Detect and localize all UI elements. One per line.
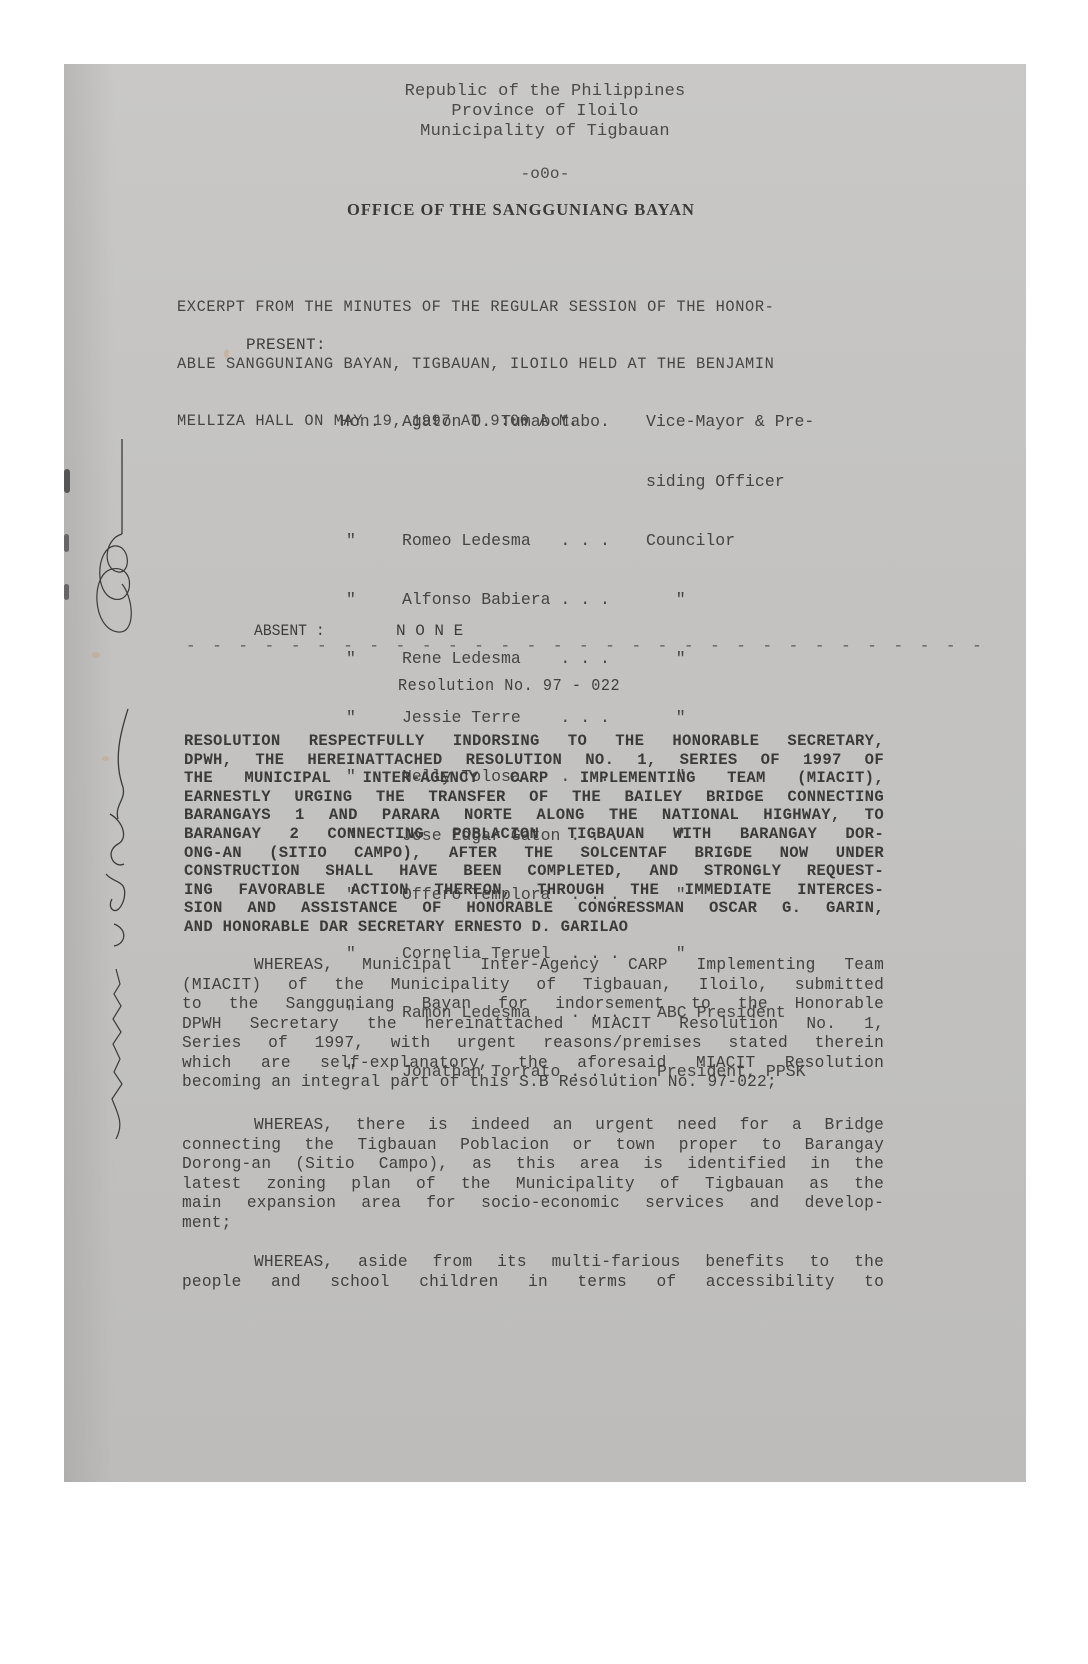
paragraph-line: becoming an integral part of this S.B Re… — [182, 1073, 884, 1093]
binding-hole — [64, 469, 70, 493]
roster-row: Hon. Agaton O. Tumabotabo. Vice-Mayor & … — [340, 412, 814, 432]
header-republic: Republic of the Philippines — [64, 82, 1026, 101]
member-role: " — [646, 708, 686, 728]
title-line: ONG-AN (SITIO CAMPO), AFTER THE SOLCENTA… — [184, 844, 884, 863]
paragraph-line: ment; — [182, 1214, 884, 1234]
roster-row: " Jessie Terre . . . " — [340, 708, 814, 728]
document-page: Republic of the Philippines Province of … — [64, 64, 1026, 1482]
member-role: " — [646, 590, 686, 610]
binding-hole — [64, 534, 69, 552]
roster-row: siding Officer — [340, 472, 814, 492]
paragraph-line: main expansion area for socio-economic s… — [182, 1194, 884, 1214]
ditto-mark: " — [340, 590, 402, 610]
title-line: EARNESTLY URGING THE TRANSFER OF THE BAI… — [184, 788, 884, 807]
member-name: Alfonso Babiera . . . — [402, 590, 646, 610]
office-title: OFFICE OF THE SANGGUNIANG BAYAN — [347, 200, 695, 220]
whereas-paragraph-1: WHEREAS, Municipal Inter-Agency CARP Imp… — [182, 956, 884, 1093]
paragraph-line: DPWH Secretary the hereinattached MIACIT… — [182, 1015, 884, 1035]
roster-row: " Alfonso Babiera . . . " — [340, 590, 814, 610]
ditto-mark: " — [340, 708, 402, 728]
header-province: Province of Iloilo — [64, 102, 1026, 121]
excerpt-line: EXCERPT FROM THE MINUTES OF THE REGULAR … — [177, 298, 774, 317]
binding-hole — [64, 584, 69, 600]
paragraph-line: people and school children in terms of a… — [182, 1273, 884, 1293]
member-prefix: Hon. — [340, 412, 402, 432]
title-line: SION AND ASSISTANCE OF HONORABLE CONGRES… — [184, 899, 884, 918]
member-role: Councilor — [646, 531, 735, 551]
paragraph-line: WHEREAS, there is indeed an urgent need … — [182, 1116, 884, 1136]
title-line: RESOLUTION RESPECTFULLY INDORSING TO THE… — [184, 732, 884, 751]
paragraph-line: Series of 1997, with urgent reasons/prem… — [182, 1034, 884, 1054]
paragraph-line: WHEREAS, aside from its multi-farious be… — [182, 1253, 884, 1273]
paragraph-line: connecting the Tigbauan Poblacion or tow… — [182, 1136, 884, 1156]
paper-stain — [92, 652, 100, 658]
paragraph-line: WHEREAS, Municipal Inter-Agency CARP Imp… — [182, 956, 884, 976]
paragraph-line: which are self-explanatory, the aforesai… — [182, 1054, 884, 1074]
member-role: Vice-Mayor & Pre- — [646, 412, 814, 432]
header-municipality: Municipality of Tigbauan — [64, 122, 1026, 141]
paragraph-line: to the Sangguniang Bayan for indorsement… — [182, 995, 884, 1015]
title-line: ING FAVORABLE ACTION THEREON, THROUGH TH… — [184, 881, 884, 900]
resolution-number: Resolution No. 97 - 022 — [398, 676, 620, 695]
member-name: Agaton O. Tumabotabo. — [402, 412, 646, 432]
title-line: AND HONORABLE DAR SECRETARY ERNESTO D. G… — [184, 918, 884, 937]
ditto-mark: " — [340, 531, 402, 551]
title-line: THE MUNICIPAL INTER-AGENCY CARP IMPLEMEN… — [184, 769, 884, 788]
paper-stain — [224, 349, 229, 359]
paragraph-line: Dorong-an (Sitio Campo), as this area is… — [182, 1155, 884, 1175]
handwritten-signature-icon — [94, 964, 144, 1144]
member-name: Jessie Terre . . . — [402, 708, 646, 728]
paper-stain — [102, 756, 109, 761]
agapito-signature-icon — [84, 704, 144, 954]
paragraph-line: (MIACIT) of the Municipality of Tigbauan… — [182, 976, 884, 996]
member-role-continued: siding Officer — [646, 472, 785, 492]
whereas-paragraph-2: WHEREAS, there is indeed an urgent need … — [182, 1116, 884, 1233]
resolution-title: RESOLUTION RESPECTFULLY INDORSING TO THE… — [184, 732, 884, 937]
section-divider: - - - - - - - - - - - - - - - - - - - - … — [186, 637, 985, 655]
present-label: PRESENT: — [246, 336, 326, 354]
whereas-paragraph-3: WHEREAS, aside from its multi-farious be… — [182, 1253, 884, 1292]
roster-row: " Romeo Ledesma . . . Councilor — [340, 531, 814, 551]
title-line: DPWH, THE HEREINATTACHED RESOLUTION NO. … — [184, 751, 884, 770]
title-line: BARANGAY 2 CONNECTING POBLACION TIGBAUAN… — [184, 825, 884, 844]
title-line: CONSTRUCTION SHALL HAVE BEEN COMPLETED, … — [184, 862, 884, 881]
title-line: BARANGAYS 1 AND PARARA NORTE ALONG THE N… — [184, 806, 884, 825]
excerpt-line: ABLE SANGGUNIANG BAYAN, TIGBAUAN, ILOILO… — [177, 355, 774, 374]
paragraph-line: latest zoning plan of the Municipality o… — [182, 1175, 884, 1195]
member-name: Romeo Ledesma . . . — [402, 531, 646, 551]
header-separator: -o0o- — [64, 165, 1026, 183]
